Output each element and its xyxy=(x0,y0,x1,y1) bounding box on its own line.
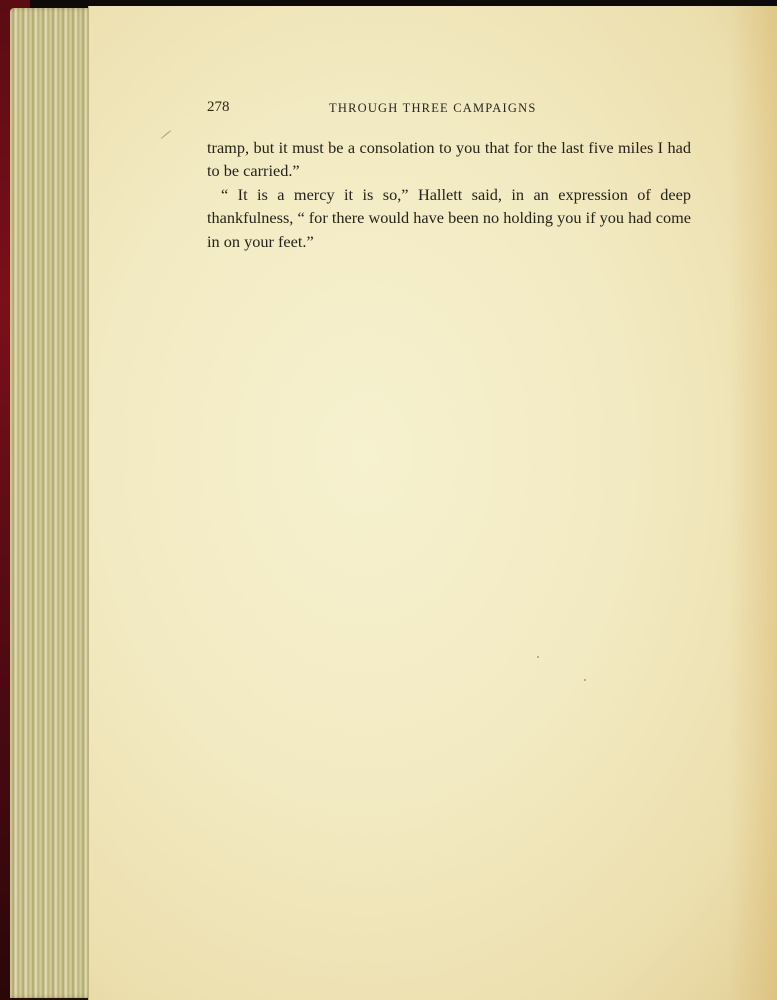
paragraph-2: “ It is a mercy it is so,” Hallett said,… xyxy=(207,183,691,253)
page-number: 278 xyxy=(207,99,230,116)
page-stack-edges xyxy=(10,8,92,998)
paper-mark xyxy=(160,130,171,140)
paper-speck xyxy=(584,679,586,681)
running-title: THROUGH THREE CAMPAIGNS xyxy=(329,101,536,116)
paragraph-1: tramp, but it must be a consolation to y… xyxy=(207,136,691,183)
paper-speck xyxy=(537,656,539,658)
body-text: tramp, but it must be a consolation to y… xyxy=(207,136,691,253)
book-page: 278 THROUGH THREE CAMPAIGNS tramp, but i… xyxy=(88,6,777,1000)
